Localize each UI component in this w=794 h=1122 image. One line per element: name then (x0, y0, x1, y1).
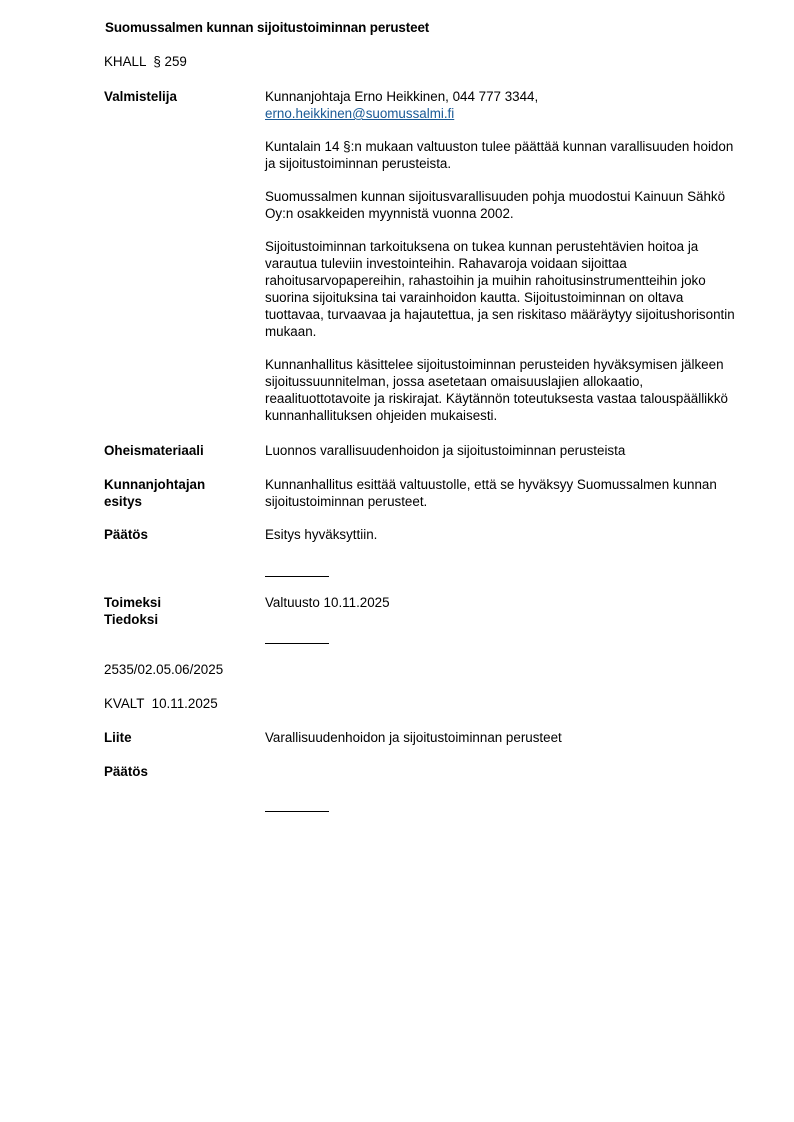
divider-line (265, 576, 329, 577)
esitys-label: Kunnanjohtajan esitys (104, 476, 205, 510)
esitys-label-line1: Kunnanjohtajan (104, 477, 205, 492)
paatos2-label: Päätös (104, 763, 148, 780)
paragraph-investment-purpose: Sijoitustoiminnan tarkoituksena on tukea… (265, 238, 737, 340)
valmistelija-content: Kunnanjohtaja Erno Heikkinen, 044 777 33… (265, 88, 737, 424)
tiedoksi-label-line2: Tiedoksi (104, 612, 158, 627)
toimeksi-label: Toimeksi Tiedoksi (104, 594, 161, 628)
esitys-label-line2: esitys (104, 494, 142, 509)
liite-text: Varallisuudenhoidon ja sijoitustoiminnan… (265, 729, 737, 746)
paatos-label: Päätös (104, 526, 148, 543)
diary-number: 2535/02.05.06/2025 (104, 661, 223, 678)
divider-line (265, 811, 329, 812)
preparer-contact: Kunnanjohtaja Erno Heikkinen, 044 777 33… (265, 89, 538, 104)
divider-line (265, 643, 329, 644)
toimeksi-label-line1: Toimeksi (104, 595, 161, 610)
valmistelija-label: Valmistelija (104, 88, 177, 105)
liite-label: Liite (104, 729, 132, 746)
paragraph-legal-basis: Kuntalain 14 §:n mukaan valtuuston tulee… (265, 138, 737, 172)
oheismateriaali-label: Oheismateriaali (104, 442, 204, 459)
section-reference: KHALL § 259 (104, 54, 187, 69)
paragraph-asset-origin: Suomussalmen kunnan sijoitusvarallisuude… (265, 188, 737, 222)
paatos-text: Esitys hyväksyttiin. (265, 526, 737, 543)
preparer-email-link[interactable]: erno.heikkinen@suomussalmi.fi (265, 106, 454, 121)
paragraph-investment-plan: Kunnanhallitus käsittelee sijoitustoimin… (265, 356, 737, 424)
kvalt-reference: KVALT 10.11.2025 (104, 695, 218, 712)
toimeksi-text: Valtuusto 10.11.2025 (265, 594, 737, 611)
document-title: Suomussalmen kunnan sijoitustoiminnan pe… (105, 20, 429, 35)
document-page: Suomussalmen kunnan sijoitustoiminnan pe… (0, 0, 794, 1122)
oheismateriaali-text: Luonnos varallisuudenhoidon ja sijoitust… (265, 442, 737, 459)
esitys-text: Kunnanhallitus esittää valtuustolle, ett… (265, 476, 725, 510)
